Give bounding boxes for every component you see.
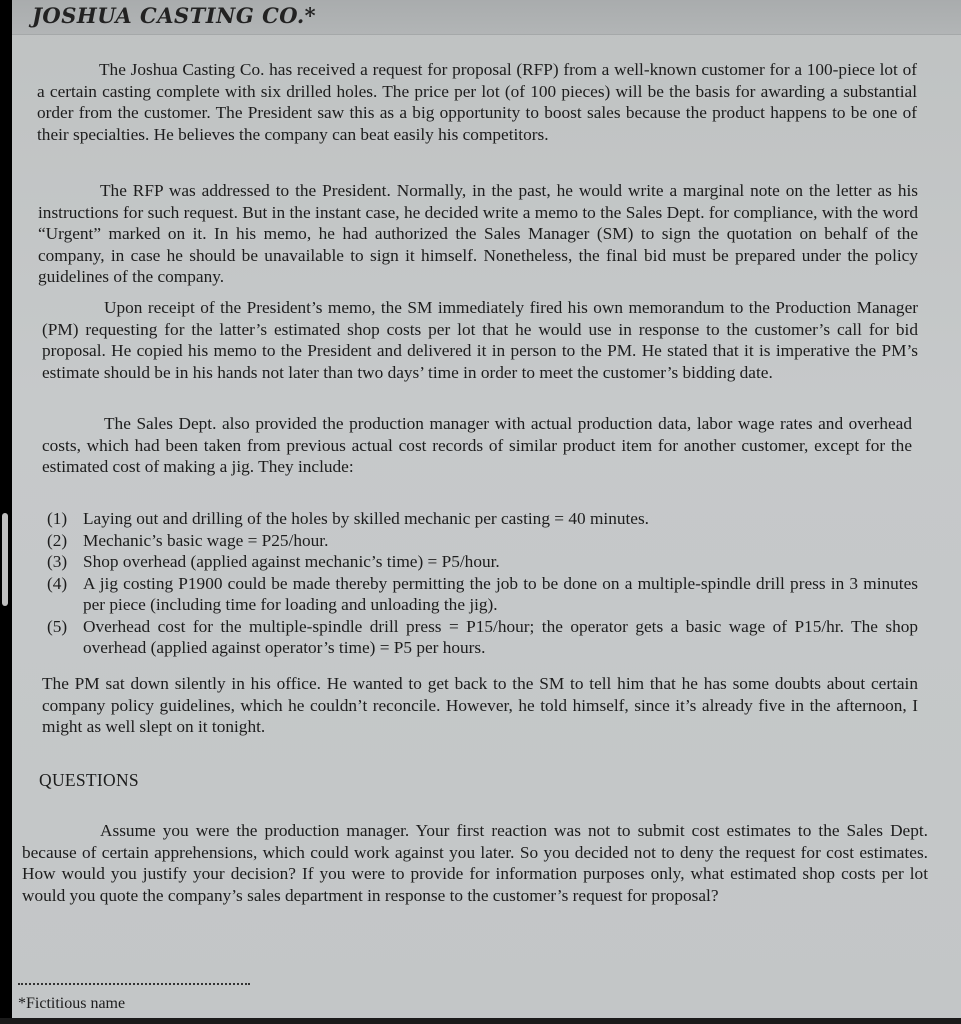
- paragraph-president-memo: The RFP was addressed to the President. …: [38, 180, 918, 288]
- list-item: (4)A jig costing P1900 could be made the…: [38, 573, 918, 616]
- document-page: JOSHUA CASTING CO.* The Joshua Casting C…: [12, 0, 961, 1018]
- page-bottom-edge: [0, 1018, 961, 1024]
- paragraph-sm-memorandum: Upon receipt of the President’s memo, th…: [42, 297, 918, 383]
- paragraph-rfp-intro: The Joshua Casting Co. has received a re…: [37, 59, 917, 145]
- paragraph-sales-data: The Sales Dept. also provided the produc…: [42, 413, 912, 478]
- list-item: (3)Shop overhead (applied against mechan…: [38, 551, 918, 573]
- image-viewer: JOSHUA CASTING CO.* The Joshua Casting C…: [0, 0, 961, 1024]
- footnote: *Fictitious name: [18, 995, 125, 1013]
- questions-heading: QUESTIONS: [39, 770, 139, 791]
- paragraph-pm-doubts: The PM sat down silently in his office. …: [42, 673, 918, 738]
- scroll-indicator[interactable]: [2, 513, 8, 606]
- header-band: JOSHUA CASTING CO.*: [12, 0, 961, 35]
- list-item: (5)Overhead cost for the multiple-spindl…: [38, 616, 918, 659]
- question-paragraph: Assume you were the production manager. …: [22, 820, 928, 906]
- list-item: (1)Laying out and drilling of the holes …: [38, 508, 918, 530]
- footnote-divider: [18, 983, 250, 985]
- cost-facts-list: (1)Laying out and drilling of the holes …: [38, 508, 918, 659]
- document-title: JOSHUA CASTING CO.*: [32, 3, 316, 28]
- list-item: (2)Mechanic’s basic wage = P25/hour.: [38, 530, 918, 552]
